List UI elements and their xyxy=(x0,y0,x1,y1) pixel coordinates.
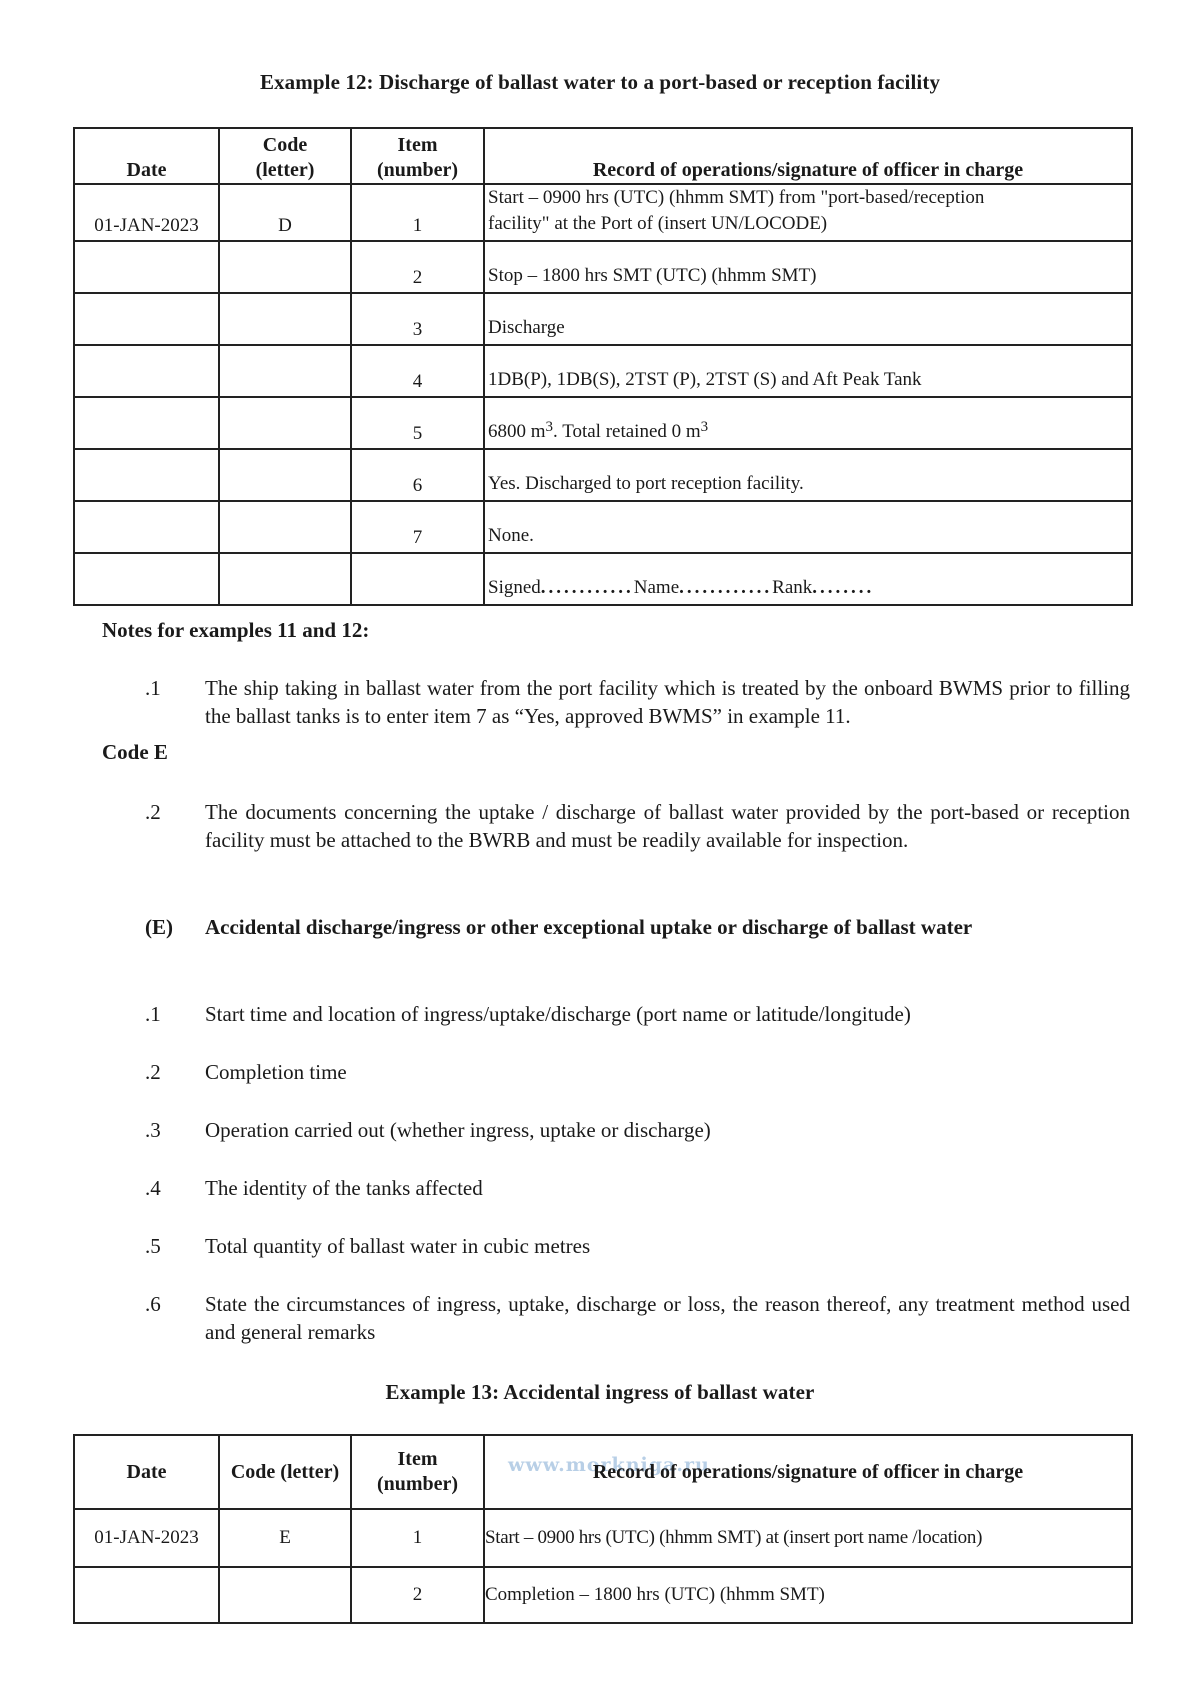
table-row: 7 None. xyxy=(74,501,1132,553)
note-1-text: The ship taking in ballast water from th… xyxy=(205,674,1130,730)
cell-date xyxy=(74,553,219,605)
cell-item: 2 xyxy=(351,1567,484,1623)
section-e-item-number: .2 xyxy=(145,1058,161,1086)
cell-record: Yes. Discharged to port reception facili… xyxy=(484,449,1132,501)
section-e-item-text: The identity of the tanks affected xyxy=(205,1174,1130,1202)
note-2-text: The documents concerning the uptake / di… xyxy=(205,798,1130,854)
cell-item: 1 xyxy=(351,1509,484,1567)
header-date: Date xyxy=(74,1435,219,1509)
header-date-text: Date xyxy=(127,1461,167,1483)
example-12-table: Date Code (letter) Item (number) Record … xyxy=(73,127,1133,606)
header-code: Code (letter) xyxy=(219,1435,351,1509)
cell-code: E xyxy=(219,1509,351,1567)
header-item: Item (number) xyxy=(351,128,484,184)
cell-date xyxy=(74,1567,219,1623)
cell-date xyxy=(74,241,219,293)
cell-code xyxy=(219,553,351,605)
cell-date xyxy=(74,345,219,397)
cell-code xyxy=(219,241,351,293)
header-record: Record of operations/signature of office… xyxy=(484,128,1132,184)
cell-date xyxy=(74,449,219,501)
table-row: 6 Yes. Discharged to port reception faci… xyxy=(74,449,1132,501)
table-row: 5 6800 m3. Total retained 0 m3 xyxy=(74,397,1132,449)
cell-item: 4 xyxy=(351,345,484,397)
header-date: Date xyxy=(74,128,219,184)
example-13-table: Date Code (letter) Item (number) Record … xyxy=(73,1434,1133,1624)
cell-code: D xyxy=(219,184,351,241)
table-row: 4 1DB(P), 1DB(S), 2TST (P), 2TST (S) and… xyxy=(74,345,1132,397)
signed-label: Signed xyxy=(488,577,541,598)
cell-item: 1 xyxy=(351,184,484,241)
cell-record: Discharge xyxy=(484,293,1132,345)
header-code-line1: Code xyxy=(220,133,350,158)
cell-date xyxy=(74,501,219,553)
table-row: 01-JAN-2023 D 1 Start – 0900 hrs (UTC) (… xyxy=(74,184,1132,241)
cell-code xyxy=(219,345,351,397)
header-item-line1: Item xyxy=(352,133,483,158)
section-e-label: (E) xyxy=(145,913,173,941)
header-code: Code (letter) xyxy=(219,128,351,184)
table-header-row: Date Code (letter) Item (number) Record … xyxy=(74,128,1132,184)
notes-heading: Notes for examples 11 and 12: xyxy=(102,618,369,643)
header-item-line1: Item xyxy=(352,1447,483,1472)
cell-record: None. xyxy=(484,501,1132,553)
cell-record: 6800 m3. Total retained 0 m3 xyxy=(484,397,1132,449)
section-e-item-text: Total quantity of ballast water in cubic… xyxy=(205,1232,1130,1260)
cell-item: 6 xyxy=(351,449,484,501)
table-row: 01-JAN-2023 E 1 Start – 0900 hrs (UTC) (… xyxy=(74,1509,1132,1567)
cell-record-line1: Start – 0900 hrs (UTC) (hhmm SMT) from "… xyxy=(488,185,1131,211)
section-e-item-number: .3 xyxy=(145,1116,161,1144)
cell-record: Stop – 1800 hrs SMT (UTC) (hhmm SMT) xyxy=(484,241,1132,293)
table-row: 2 Stop – 1800 hrs SMT (UTC) (hhmm SMT) xyxy=(74,241,1132,293)
code-e-heading: Code E xyxy=(102,740,168,765)
section-e-item-number: .5 xyxy=(145,1232,161,1260)
section-e-item-number: .1 xyxy=(145,1000,161,1028)
section-e-item-text: Operation carried out (whether ingress, … xyxy=(205,1116,1130,1144)
cell-item xyxy=(351,553,484,605)
cell-date xyxy=(74,397,219,449)
cell-code xyxy=(219,293,351,345)
header-code-text: Code (letter) xyxy=(231,1461,339,1483)
quantity-text: 6800 m xyxy=(488,421,546,442)
note-2-number: .2 xyxy=(145,798,161,826)
cell-item: 7 xyxy=(351,501,484,553)
rank-label: Rank xyxy=(772,577,812,598)
cell-date xyxy=(74,293,219,345)
cell-code xyxy=(219,397,351,449)
cell-item: 5 xyxy=(351,397,484,449)
header-item: Item (number) xyxy=(351,1435,484,1509)
cell-item: 3 xyxy=(351,293,484,345)
header-item-line2: (number) xyxy=(352,158,483,183)
cell-date: 01-JAN-2023 xyxy=(74,1509,219,1567)
cell-record: 1DB(P), 1DB(S), 2TST (P), 2TST (S) and A… xyxy=(484,345,1132,397)
cell-record: Start – 0900 hrs (UTC) (hhmm SMT) at (in… xyxy=(484,1509,1132,1567)
header-record: Record of operations/signature of office… xyxy=(484,1435,1132,1509)
signed-field: ............ xyxy=(541,577,634,598)
retained-text: . Total retained 0 m xyxy=(553,421,701,442)
rank-field: ........ xyxy=(812,577,874,598)
superscript: 3 xyxy=(546,419,554,435)
cell-record: Completion – 1800 hrs (UTC) (hhmm SMT) xyxy=(484,1567,1132,1623)
header-code-line2: (letter) xyxy=(220,158,350,183)
superscript: 3 xyxy=(701,419,709,435)
name-label: Name xyxy=(634,577,679,598)
section-e-item-number: .4 xyxy=(145,1174,161,1202)
table-row: 2 Completion – 1800 hrs (UTC) (hhmm SMT) xyxy=(74,1567,1132,1623)
cell-item: 2 xyxy=(351,241,484,293)
section-e-item-text: Completion time xyxy=(205,1058,1130,1086)
cell-code xyxy=(219,501,351,553)
section-e-item-text: Start time and location of ingress/uptak… xyxy=(205,1000,1130,1028)
note-1-number: .1 xyxy=(145,674,161,702)
cell-date: 01-JAN-2023 xyxy=(74,184,219,241)
example-13-title: Example 13: Accidental ingress of ballas… xyxy=(0,1380,1200,1405)
section-e-item-text: State the circumstances of ingress, upta… xyxy=(205,1290,1130,1346)
cell-record-line2: facility" at the Port of (insert UN/LOCO… xyxy=(488,211,1131,237)
section-e-heading: Accidental discharge/ingress or other ex… xyxy=(205,913,1130,941)
example-12-title: Example 12: Discharge of ballast water t… xyxy=(0,70,1200,95)
signature-row: Signed............Name............Rank..… xyxy=(74,553,1132,605)
name-field: ............ xyxy=(679,577,772,598)
table-header-row: Date Code (letter) Item (number) Record … xyxy=(74,1435,1132,1509)
cell-code xyxy=(219,449,351,501)
header-item-line2: (number) xyxy=(352,1472,483,1497)
signature-cell: Signed............Name............Rank..… xyxy=(484,553,1132,605)
table-row: 3 Discharge xyxy=(74,293,1132,345)
cell-code xyxy=(219,1567,351,1623)
section-e-item-number: .6 xyxy=(145,1290,161,1318)
header-record-text: Record of operations/signature of office… xyxy=(593,1461,1023,1483)
cell-record: Start – 0900 hrs (UTC) (hhmm SMT) from "… xyxy=(484,184,1132,241)
